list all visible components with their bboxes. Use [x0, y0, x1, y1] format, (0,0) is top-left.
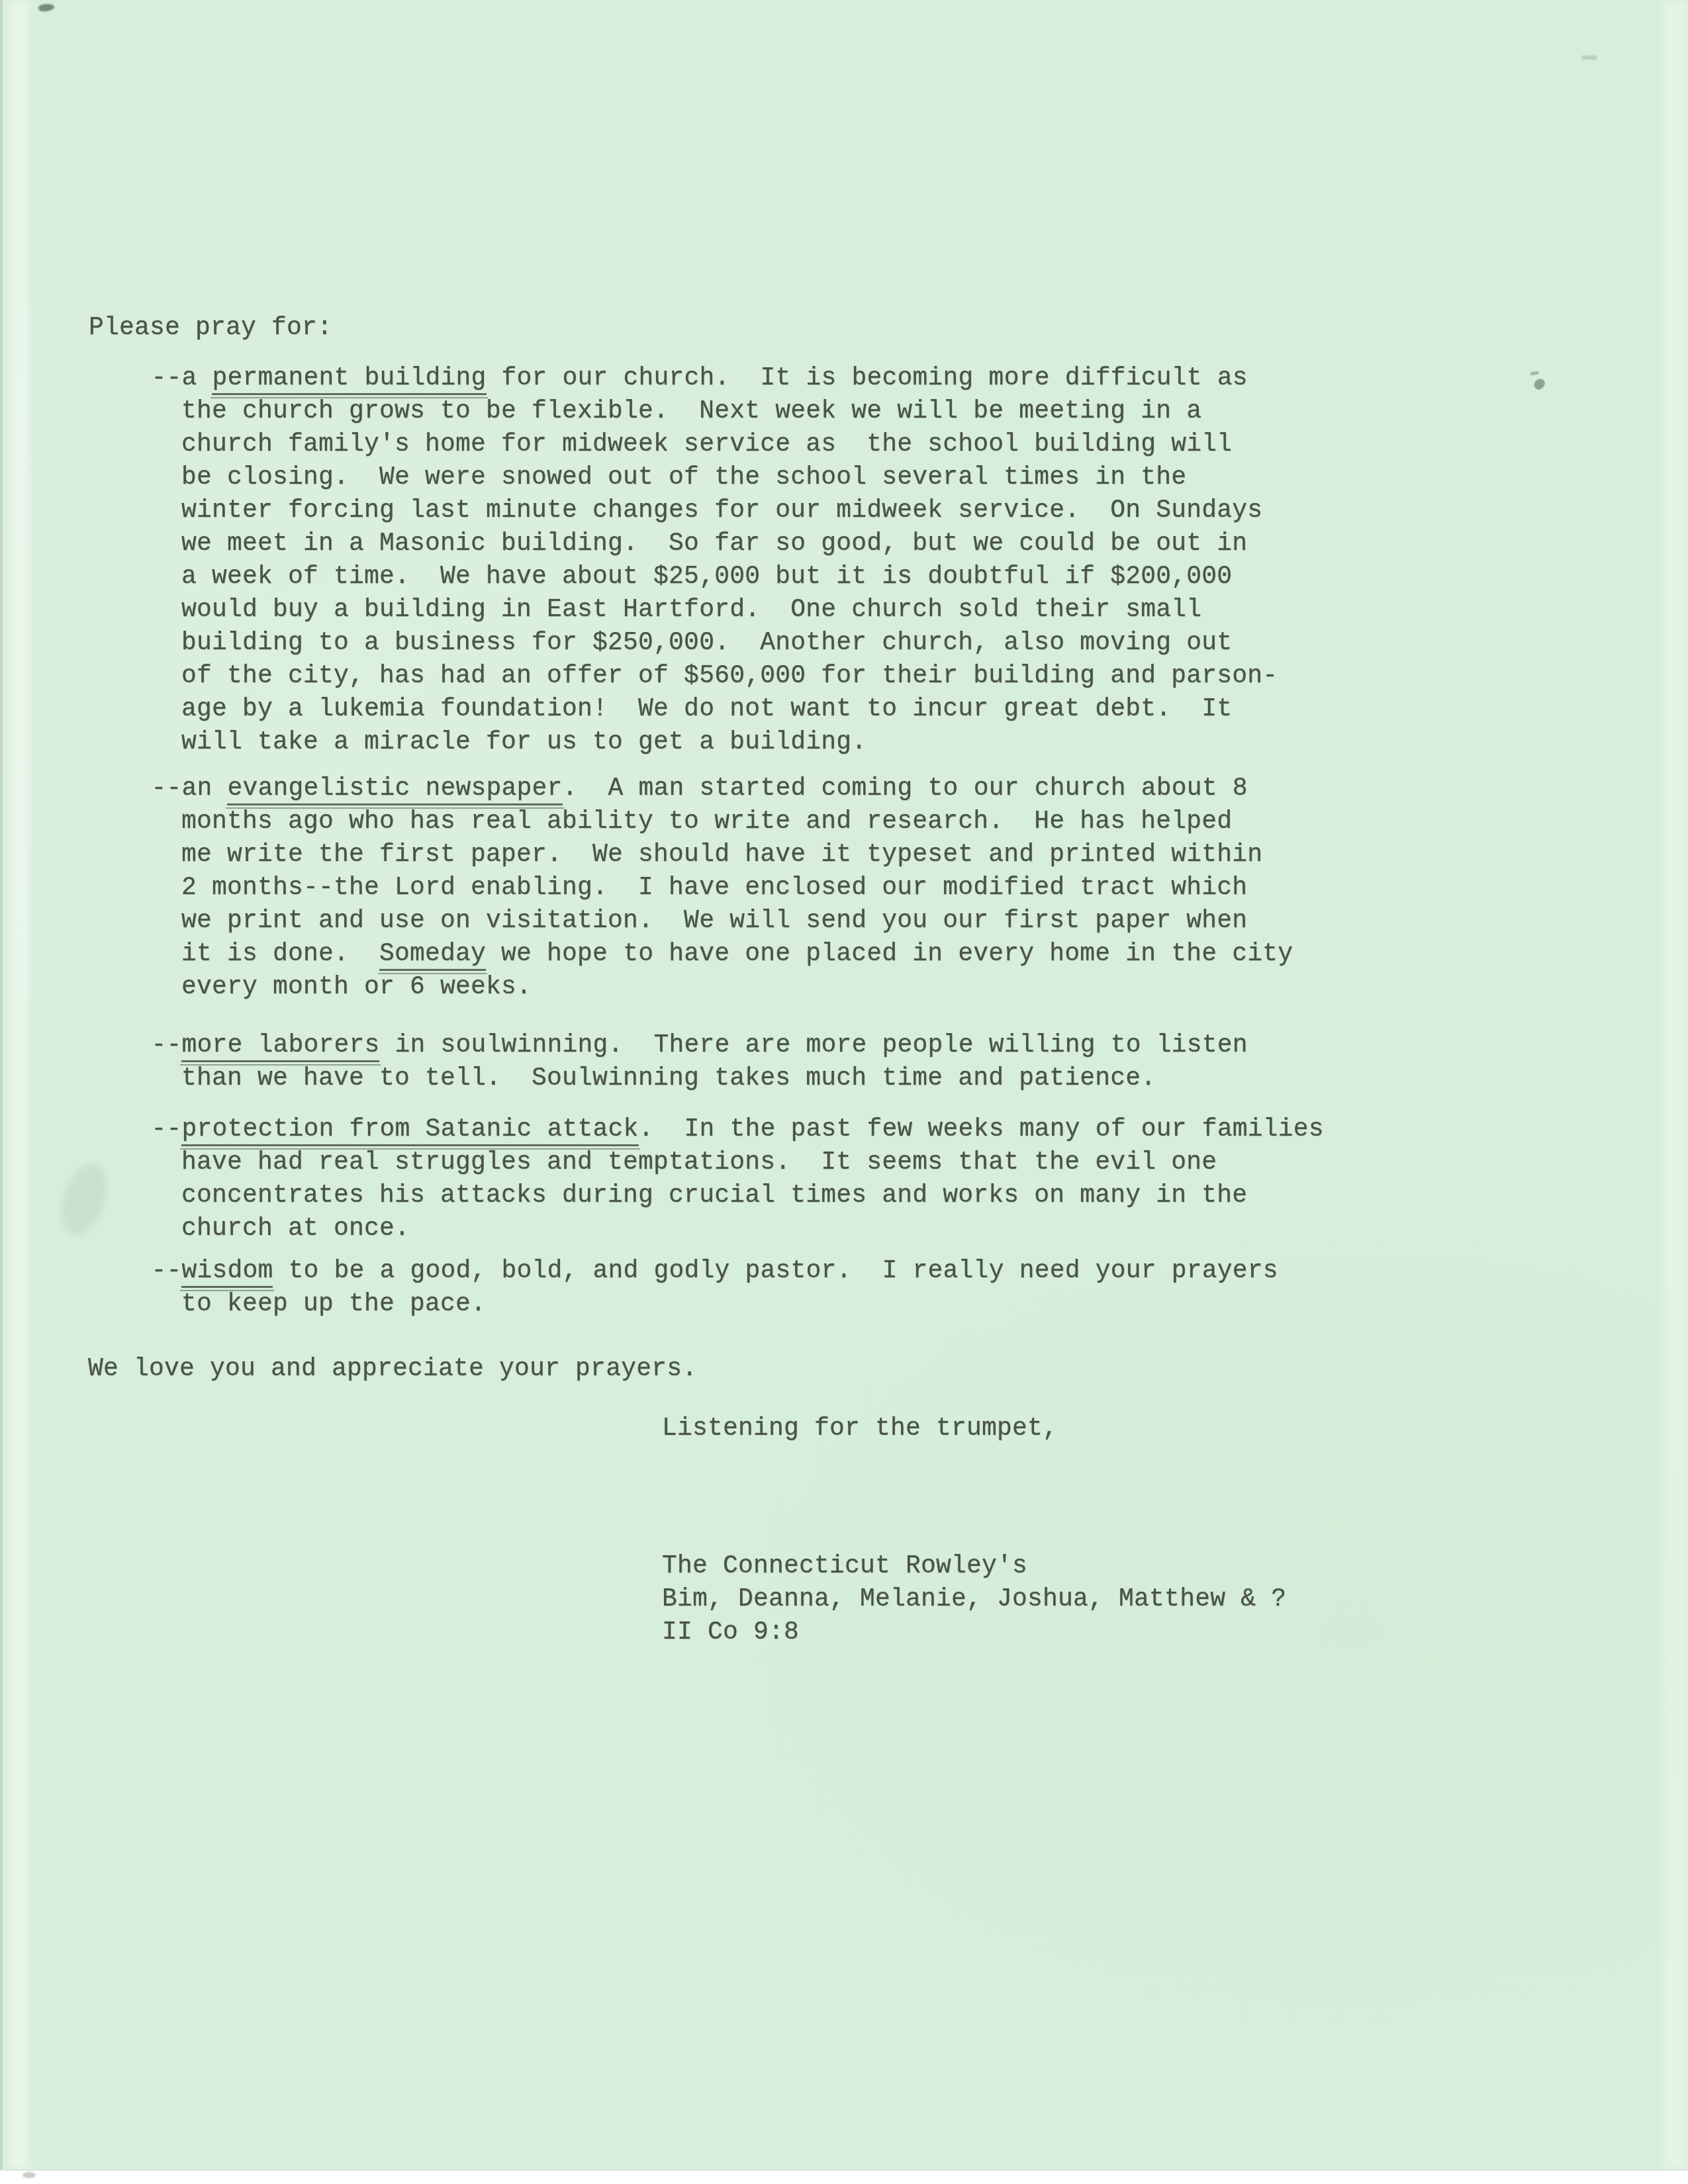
- letter-line: --protection from Satanic attack. In the…: [181, 1113, 1324, 1146]
- letter-line: of the city, has had an offer of $560,00…: [181, 660, 1324, 693]
- text-segment: of the city, has had an offer of $560,00…: [181, 662, 1278, 690]
- text-segment: me write the first paper. We should have…: [181, 841, 1262, 869]
- letter-line: months ago who has real ability to write…: [181, 805, 1324, 839]
- text-segment: to be a good, bold, and godly pastor. I …: [273, 1257, 1278, 1285]
- closing-line: We love you and appreciate your prayers.: [88, 1353, 697, 1386]
- text-segment: be closing. We were snowed out of the sc…: [181, 463, 1186, 492]
- text-segment: than we have to tell. Soulwinning takes …: [181, 1064, 1156, 1093]
- text-segment: . A man started coming to our church abo…: [563, 774, 1248, 803]
- prayer-item-3: --more laborers in soulwinning. There ar…: [171, 1029, 1324, 1095]
- letter-line: concentrates his attacks during crucial …: [181, 1179, 1324, 1212]
- letter-line: than we have to tell. Soulwinning takes …: [181, 1062, 1324, 1095]
- text-segment: to keep up the pace.: [181, 1290, 486, 1318]
- signature-line: The Connecticut Rowley's: [662, 1550, 1286, 1583]
- underlined-phrase: more laborers: [181, 1031, 379, 1062]
- text-segment: --an: [151, 774, 227, 803]
- letter-line: every month or 6 weeks.: [181, 971, 1324, 1004]
- letter-line: the church grows to be flexible. Next we…: [181, 395, 1324, 428]
- scan-edge-highlight-right: [1663, 0, 1688, 2169]
- underlined-phrase: wisdom: [181, 1257, 273, 1288]
- scan-artifact-smudge: [53, 1158, 115, 1241]
- text-segment: have had real struggles and temptations.…: [181, 1148, 1217, 1177]
- text-segment: will take a miracle for us to get a buil…: [181, 728, 867, 756]
- text-segment: every month or 6 weeks.: [181, 973, 532, 1001]
- prayer-item-5: --wisdom to be a good, bold, and godly p…: [171, 1255, 1324, 1321]
- text-segment: church family's home for midweek service…: [181, 430, 1232, 459]
- letter-line: we meet in a Masonic building. So far so…: [181, 527, 1324, 561]
- text-segment: church at once.: [181, 1214, 410, 1243]
- letter-line: church at once.: [181, 1212, 1324, 1246]
- text-segment: we print and use on visitation. We will …: [181, 907, 1247, 935]
- text-segment: concentrates his attacks during crucial …: [181, 1181, 1247, 1210]
- text-segment: for our church. It is becoming more diff…: [487, 364, 1248, 392]
- letter-line: --wisdom to be a good, bold, and godly p…: [181, 1255, 1324, 1288]
- letter-page: Please pray for: --a permanent building …: [0, 0, 1688, 2169]
- intro-line: Please pray for:: [89, 312, 332, 345]
- text-segment: . In the past few weeks many of our fami…: [639, 1115, 1324, 1144]
- underlined-phrase: Someday: [379, 940, 486, 971]
- letter-line: would buy a building in East Hartford. O…: [181, 594, 1324, 627]
- text-segment: a week of time. We have about $25,000 bu…: [181, 563, 1232, 591]
- signature-line: II Co 9:8: [662, 1616, 1286, 1649]
- letter-line: winter forcing last minute changes for o…: [181, 494, 1324, 527]
- text-segment: 2 months--the Lord enabling. I have encl…: [181, 874, 1247, 902]
- text-segment: age by a lukemia foundation! We do not w…: [181, 695, 1232, 723]
- signature-block: The Connecticut Rowley'sBim, Deanna, Mel…: [662, 1550, 1286, 1649]
- text-segment: it is done.: [181, 940, 379, 968]
- scan-artifact-dot: [23, 2172, 36, 2178]
- text-segment: --: [151, 1257, 181, 1285]
- text-segment: --: [151, 1115, 181, 1144]
- letter-line: be closing. We were snowed out of the sc…: [181, 461, 1324, 494]
- underlined-phrase: permanent building: [212, 364, 486, 395]
- text-segment: winter forcing last minute changes for o…: [181, 496, 1262, 525]
- scan-artifact-mark: [1582, 56, 1597, 60]
- prayer-request-list: --a permanent building for our church. I…: [171, 362, 1324, 1321]
- letter-line: to keep up the pace.: [181, 1288, 1324, 1321]
- letter-line: me write the first paper. We should have…: [181, 839, 1324, 872]
- signature-line: Bim, Deanna, Melanie, Joshua, Matthew & …: [662, 1583, 1286, 1616]
- text-segment: building to a business for $250,000. Ano…: [181, 629, 1232, 657]
- letter-line: have had real struggles and temptations.…: [181, 1146, 1324, 1179]
- letter-line: we print and use on visitation. We will …: [181, 905, 1324, 938]
- text-segment: in soulwinning. There are more people wi…: [379, 1031, 1247, 1060]
- letter-line: it is done. Someday we hope to have one …: [181, 938, 1324, 971]
- prayer-item-1: --a permanent building for our church. I…: [171, 362, 1324, 759]
- scan-edge-highlight-left: [9, 0, 29, 2169]
- text-segment: the church grows to be flexible. Next we…: [181, 397, 1201, 426]
- text-segment: months ago who has real ability to write…: [181, 807, 1232, 836]
- letter-line: --more laborers in soulwinning. There ar…: [181, 1029, 1324, 1062]
- prayer-item-2: --an evangelistic newspaper. A man start…: [171, 772, 1324, 1004]
- signoff-line: Listening for the trumpet,: [662, 1412, 1058, 1445]
- letter-line: church family's home for midweek service…: [181, 428, 1324, 461]
- text-segment: we meet in a Masonic building. So far so…: [181, 529, 1247, 558]
- letter-line: --an evangelistic newspaper. A man start…: [181, 772, 1324, 805]
- underlined-phrase: evangelistic newspaper: [227, 774, 562, 805]
- text-segment: we hope to have one placed in every home…: [486, 940, 1293, 968]
- text-segment: --: [151, 1031, 181, 1060]
- text-segment: --a: [151, 364, 212, 392]
- text-segment: would buy a building in East Hartford. O…: [181, 596, 1201, 624]
- letter-line: will take a miracle for us to get a buil…: [181, 726, 1324, 759]
- scan-edge-shadow-left: [0, 0, 3, 2169]
- scan-artifact-speck: [1532, 377, 1546, 392]
- letter-line: age by a lukemia foundation! We do not w…: [181, 693, 1324, 726]
- underlined-phrase: protection from Satanic attack: [181, 1115, 638, 1146]
- scan-artifact-mark: [38, 3, 54, 12]
- scan-background-band: [0, 2169, 1688, 2184]
- letter-line: 2 months--the Lord enabling. I have encl…: [181, 872, 1324, 905]
- prayer-item-4: --protection from Satanic attack. In the…: [171, 1113, 1324, 1246]
- letter-line: building to a business for $250,000. Ano…: [181, 627, 1324, 660]
- letter-line: --a permanent building for our church. I…: [181, 362, 1324, 395]
- letter-line: a week of time. We have about $25,000 bu…: [181, 561, 1324, 594]
